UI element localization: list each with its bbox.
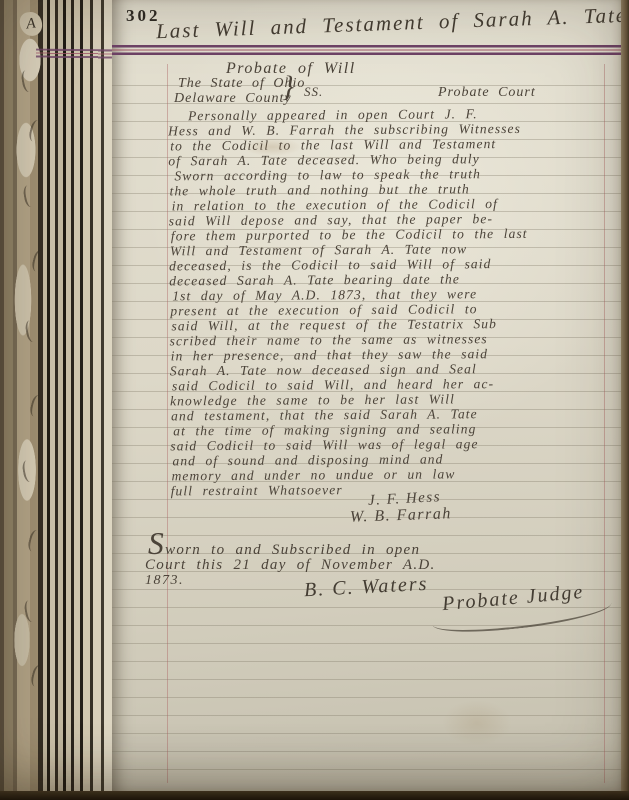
record-book-photo: A 2 302 Last Will and Testament of Sarah…: [0, 0, 629, 800]
handwritten-line: said Codicil to said Will was of legal a…: [170, 437, 478, 453]
ledger-page: 2 302 Last Will and Testament of Sarah A…: [112, 0, 622, 791]
handwritten-line: and testament, that the said Sarah A. Ta…: [171, 407, 478, 423]
handwritten-line: knowledge the same to be her last Will: [170, 392, 455, 407]
handwritten-line: Sworn according to law to speak the trut…: [174, 167, 481, 183]
handwritten-line: memory and under no undue or un law: [172, 467, 456, 482]
edge-writing-fragments: [0, 0, 112, 800]
handwritten-line: present at the execution of said Codicil…: [170, 302, 477, 318]
attestation-line-2: Court this 21 day of November A.D.: [145, 558, 436, 573]
edge-ink-mark: [20, 69, 36, 93]
edge-ink-mark: [27, 529, 44, 553]
attestation-line-3: 1873.: [145, 574, 184, 588]
book-left-edge: A: [0, 0, 112, 800]
ink-smudge: [242, 138, 302, 156]
handwritten-line: Sarah A. Tate now deceased sign and Seal: [170, 362, 477, 378]
handwritten-line: Will and Testament of Sarah A. Tate now: [170, 242, 467, 258]
edge-ink-mark: [23, 599, 39, 623]
edge-ink-mark: [29, 394, 46, 418]
handwritten-line: at the time of making signing and sealin…: [173, 422, 476, 438]
edge-ink-mark: [28, 119, 45, 143]
edge-ink-mark: [24, 319, 40, 343]
attestation-line-1: Sworn to and Subscribed in open: [148, 536, 420, 558]
edge-ink-mark: [22, 184, 38, 208]
body-text: Personally appeared in open Court J. F.H…: [112, 0, 622, 791]
handwritten-line: of Sarah A. Tate deceased. Who being dul…: [168, 152, 480, 168]
page-stain: [442, 700, 512, 746]
edge-ink-mark: [21, 459, 37, 483]
edge-ink-mark: [31, 249, 48, 273]
handwritten-line: Personally appeared in open Court J. F.: [188, 107, 478, 123]
handwritten-line: deceased Sarah A. Tate bearing date the: [169, 272, 460, 288]
handwritten-line: 1st day of May A.D. 1873, that they were: [172, 287, 477, 303]
book-bottom-edge: [0, 791, 629, 800]
handwritten-line: and of sound and disposing mind and: [172, 452, 443, 467]
handwritten-line: fore them purported to be the Codicil to…: [171, 227, 528, 243]
edge-ink-mark: [30, 664, 47, 688]
handwritten-line: full restraint Whatsoever: [171, 483, 343, 498]
book-right-edge: [621, 0, 629, 800]
handwritten-line: the whole truth and nothing but the trut…: [170, 182, 470, 198]
